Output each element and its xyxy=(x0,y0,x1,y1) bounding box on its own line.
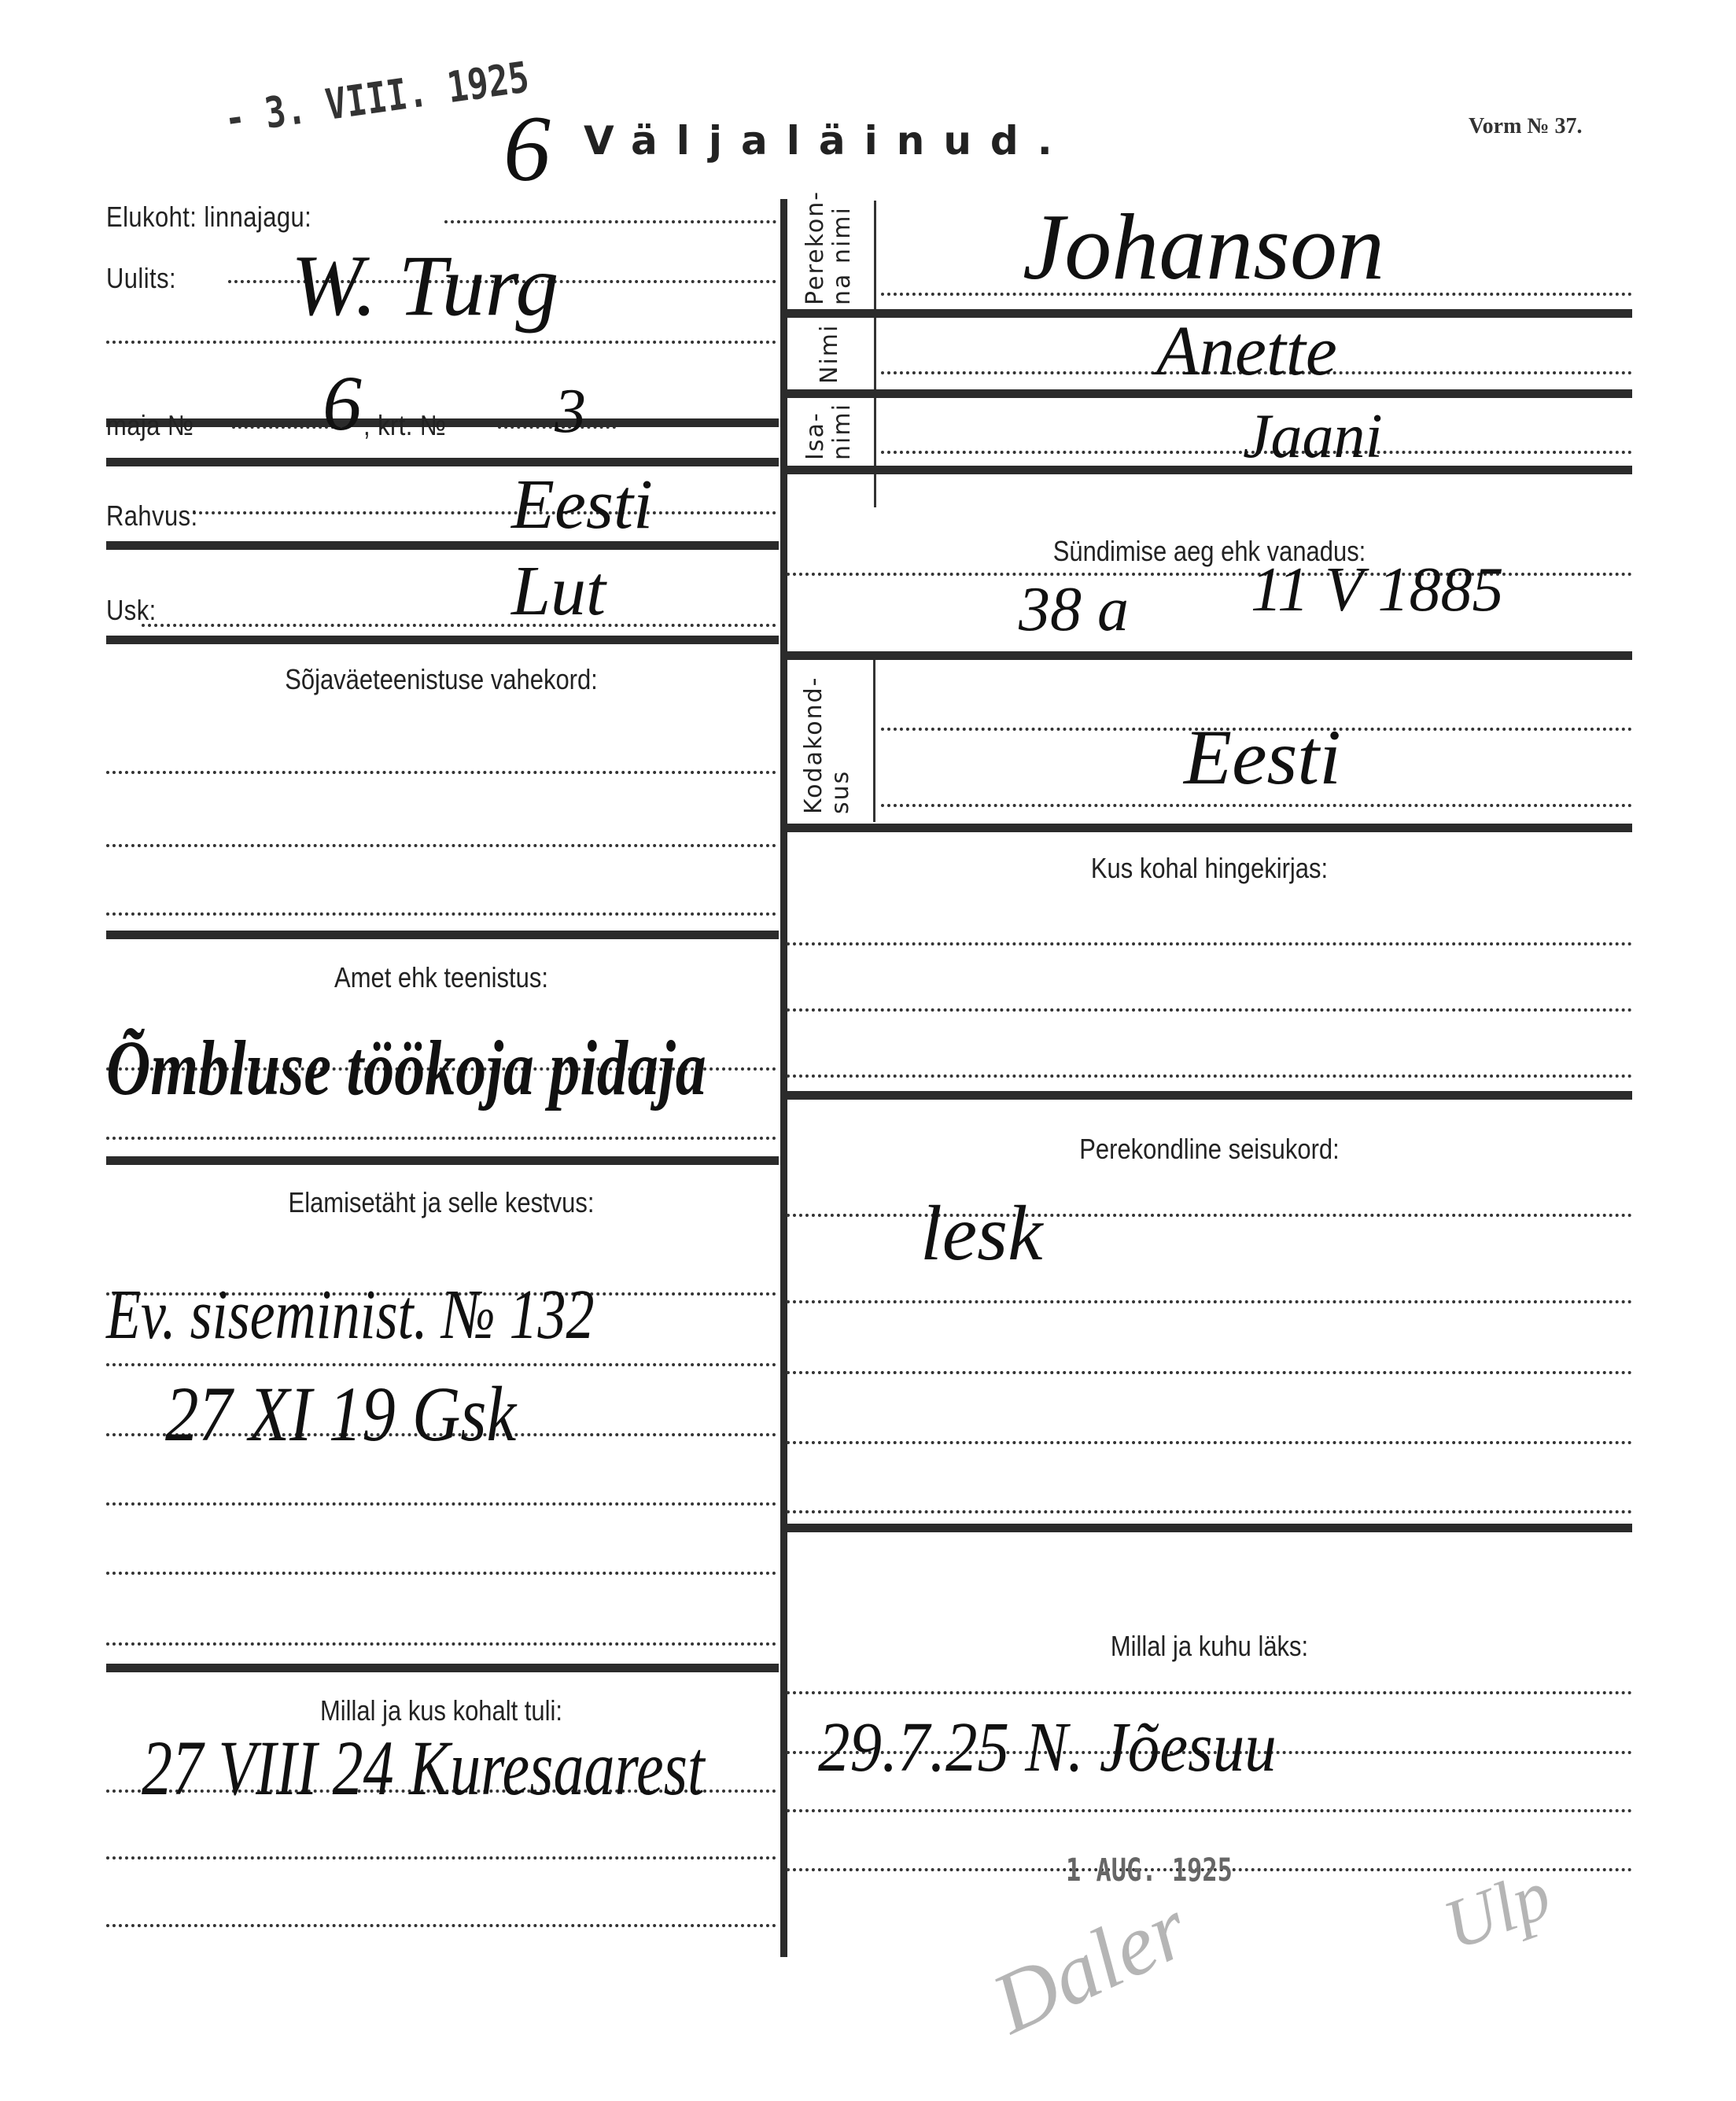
dotted-line xyxy=(106,1924,776,1927)
label-parish-register: Kus kohal hingekirjas: xyxy=(846,852,1573,885)
section-rule xyxy=(106,1156,779,1165)
label-first-name-text: Nimi xyxy=(816,324,843,384)
dotted-line xyxy=(106,1856,776,1860)
label-first-name: Nimi xyxy=(816,324,843,384)
dotted-line xyxy=(881,804,1632,807)
value-surname[interactable]: Johanson xyxy=(1023,193,1384,301)
label-surname-line2: na nimi xyxy=(829,190,856,305)
label-nationality: Rahvus: xyxy=(106,499,198,533)
label-marital-status: Perekondline seisukord: xyxy=(846,1133,1573,1166)
dotted-line xyxy=(787,942,1632,945)
dotted-line xyxy=(787,1691,1632,1694)
label-citizenship: Kodakond- sus xyxy=(801,676,854,815)
value-house-number[interactable]: 6 xyxy=(323,358,362,448)
section-rule xyxy=(787,466,1632,474)
section-rule xyxy=(787,1524,1632,1532)
section-rule xyxy=(787,651,1632,660)
form-title: Väljaläinud. xyxy=(584,118,1071,164)
value-first-name[interactable]: Anette xyxy=(1156,311,1337,392)
value-marital-status[interactable]: lesk xyxy=(920,1188,1042,1278)
value-street[interactable]: W. Turg xyxy=(291,236,558,336)
dotted-line xyxy=(787,1371,1632,1374)
value-arrival[interactable]: 27 VIII 24 Kuresaarest xyxy=(142,1723,705,1813)
value-residence-permit-line1[interactable]: Ev. siseminist. № 132 xyxy=(106,1274,595,1355)
value-age[interactable]: 38 a xyxy=(1019,574,1129,646)
registration-date-stamp: - 3. VIII. 1925 xyxy=(221,52,532,144)
dotted-line xyxy=(444,220,776,223)
value-patronymic[interactable]: Jaani xyxy=(1243,401,1383,473)
dotted-line xyxy=(787,573,1632,576)
label-street: Uulits: xyxy=(106,262,176,295)
label-house-number: maja № xyxy=(106,409,194,442)
dotted-line xyxy=(787,1300,1632,1303)
label-patronymic-line2: nimi xyxy=(829,403,856,460)
label-residence-district: Elukoht: linnajagu: xyxy=(106,201,311,234)
value-departure[interactable]: 29.7.25 N. Jõesuu xyxy=(818,1707,1277,1788)
label-patronymic: Isa- nimi xyxy=(802,403,856,460)
dotted-line xyxy=(787,1441,1632,1444)
value-apartment-number[interactable]: 3 xyxy=(555,376,586,448)
dotted-line xyxy=(787,1214,1632,1217)
section-rule xyxy=(106,458,779,466)
section-rule xyxy=(106,1664,779,1672)
faint-signature-left: Daler xyxy=(978,1878,1203,2054)
dotted-line xyxy=(106,1502,776,1506)
value-occupation[interactable]: Õmbluse töökoja pidaja xyxy=(106,1023,706,1113)
section-rule xyxy=(106,636,779,644)
section-rule xyxy=(106,931,779,939)
label-occupation: Amet ehk teenistus: xyxy=(153,961,730,994)
dotted-line xyxy=(787,1008,1632,1012)
label-citizenship-line2: sus xyxy=(827,676,854,815)
label-surname: Perekon- na nimi xyxy=(802,190,856,305)
value-birth-date[interactable]: 11 V 1885 xyxy=(1251,555,1503,626)
value-religion[interactable]: Lut xyxy=(511,551,606,632)
dotted-line xyxy=(106,771,776,774)
dotted-line xyxy=(106,1642,776,1646)
dotted-line xyxy=(106,1137,776,1140)
label-military-service: Sõjaväeteenistuse vahekord: xyxy=(153,663,730,696)
label-column-divider-names xyxy=(874,201,876,507)
label-residence-permit: Elamisetäht ja selle kestvus: xyxy=(153,1186,730,1219)
dotted-line xyxy=(106,1572,776,1575)
dotted-line xyxy=(787,1809,1632,1812)
label-column-divider-citizenship xyxy=(873,657,875,822)
dotted-line xyxy=(106,341,776,344)
label-patronymic-line1: Isa- xyxy=(802,403,829,460)
label-surname-line1: Perekon- xyxy=(802,190,829,305)
section-rule xyxy=(787,824,1632,832)
section-rule xyxy=(787,1091,1632,1100)
label-religion: Usk: xyxy=(106,594,157,627)
dotted-line xyxy=(106,1363,776,1366)
form-number: Vorm № 37. xyxy=(1469,114,1583,139)
label-apartment-number: , krt. № xyxy=(363,409,446,442)
dotted-line xyxy=(787,1074,1632,1078)
value-nationality[interactable]: Eesti xyxy=(511,464,653,545)
section-rule xyxy=(106,541,779,550)
value-citizenship[interactable]: Eesti xyxy=(1184,712,1341,802)
dotted-line xyxy=(787,1510,1632,1513)
label-citizenship-line1: Kodakond- xyxy=(801,676,827,815)
dotted-line xyxy=(106,844,776,847)
value-residence-permit-line2[interactable]: 27 XI 19 Gsk xyxy=(165,1369,516,1459)
handwritten-sheet-number: 6 xyxy=(503,94,551,203)
dotted-line xyxy=(193,511,776,514)
dotted-line xyxy=(106,912,776,916)
dotted-line xyxy=(142,624,776,627)
label-departure: Millal ja kuhu läks: xyxy=(846,1630,1573,1663)
